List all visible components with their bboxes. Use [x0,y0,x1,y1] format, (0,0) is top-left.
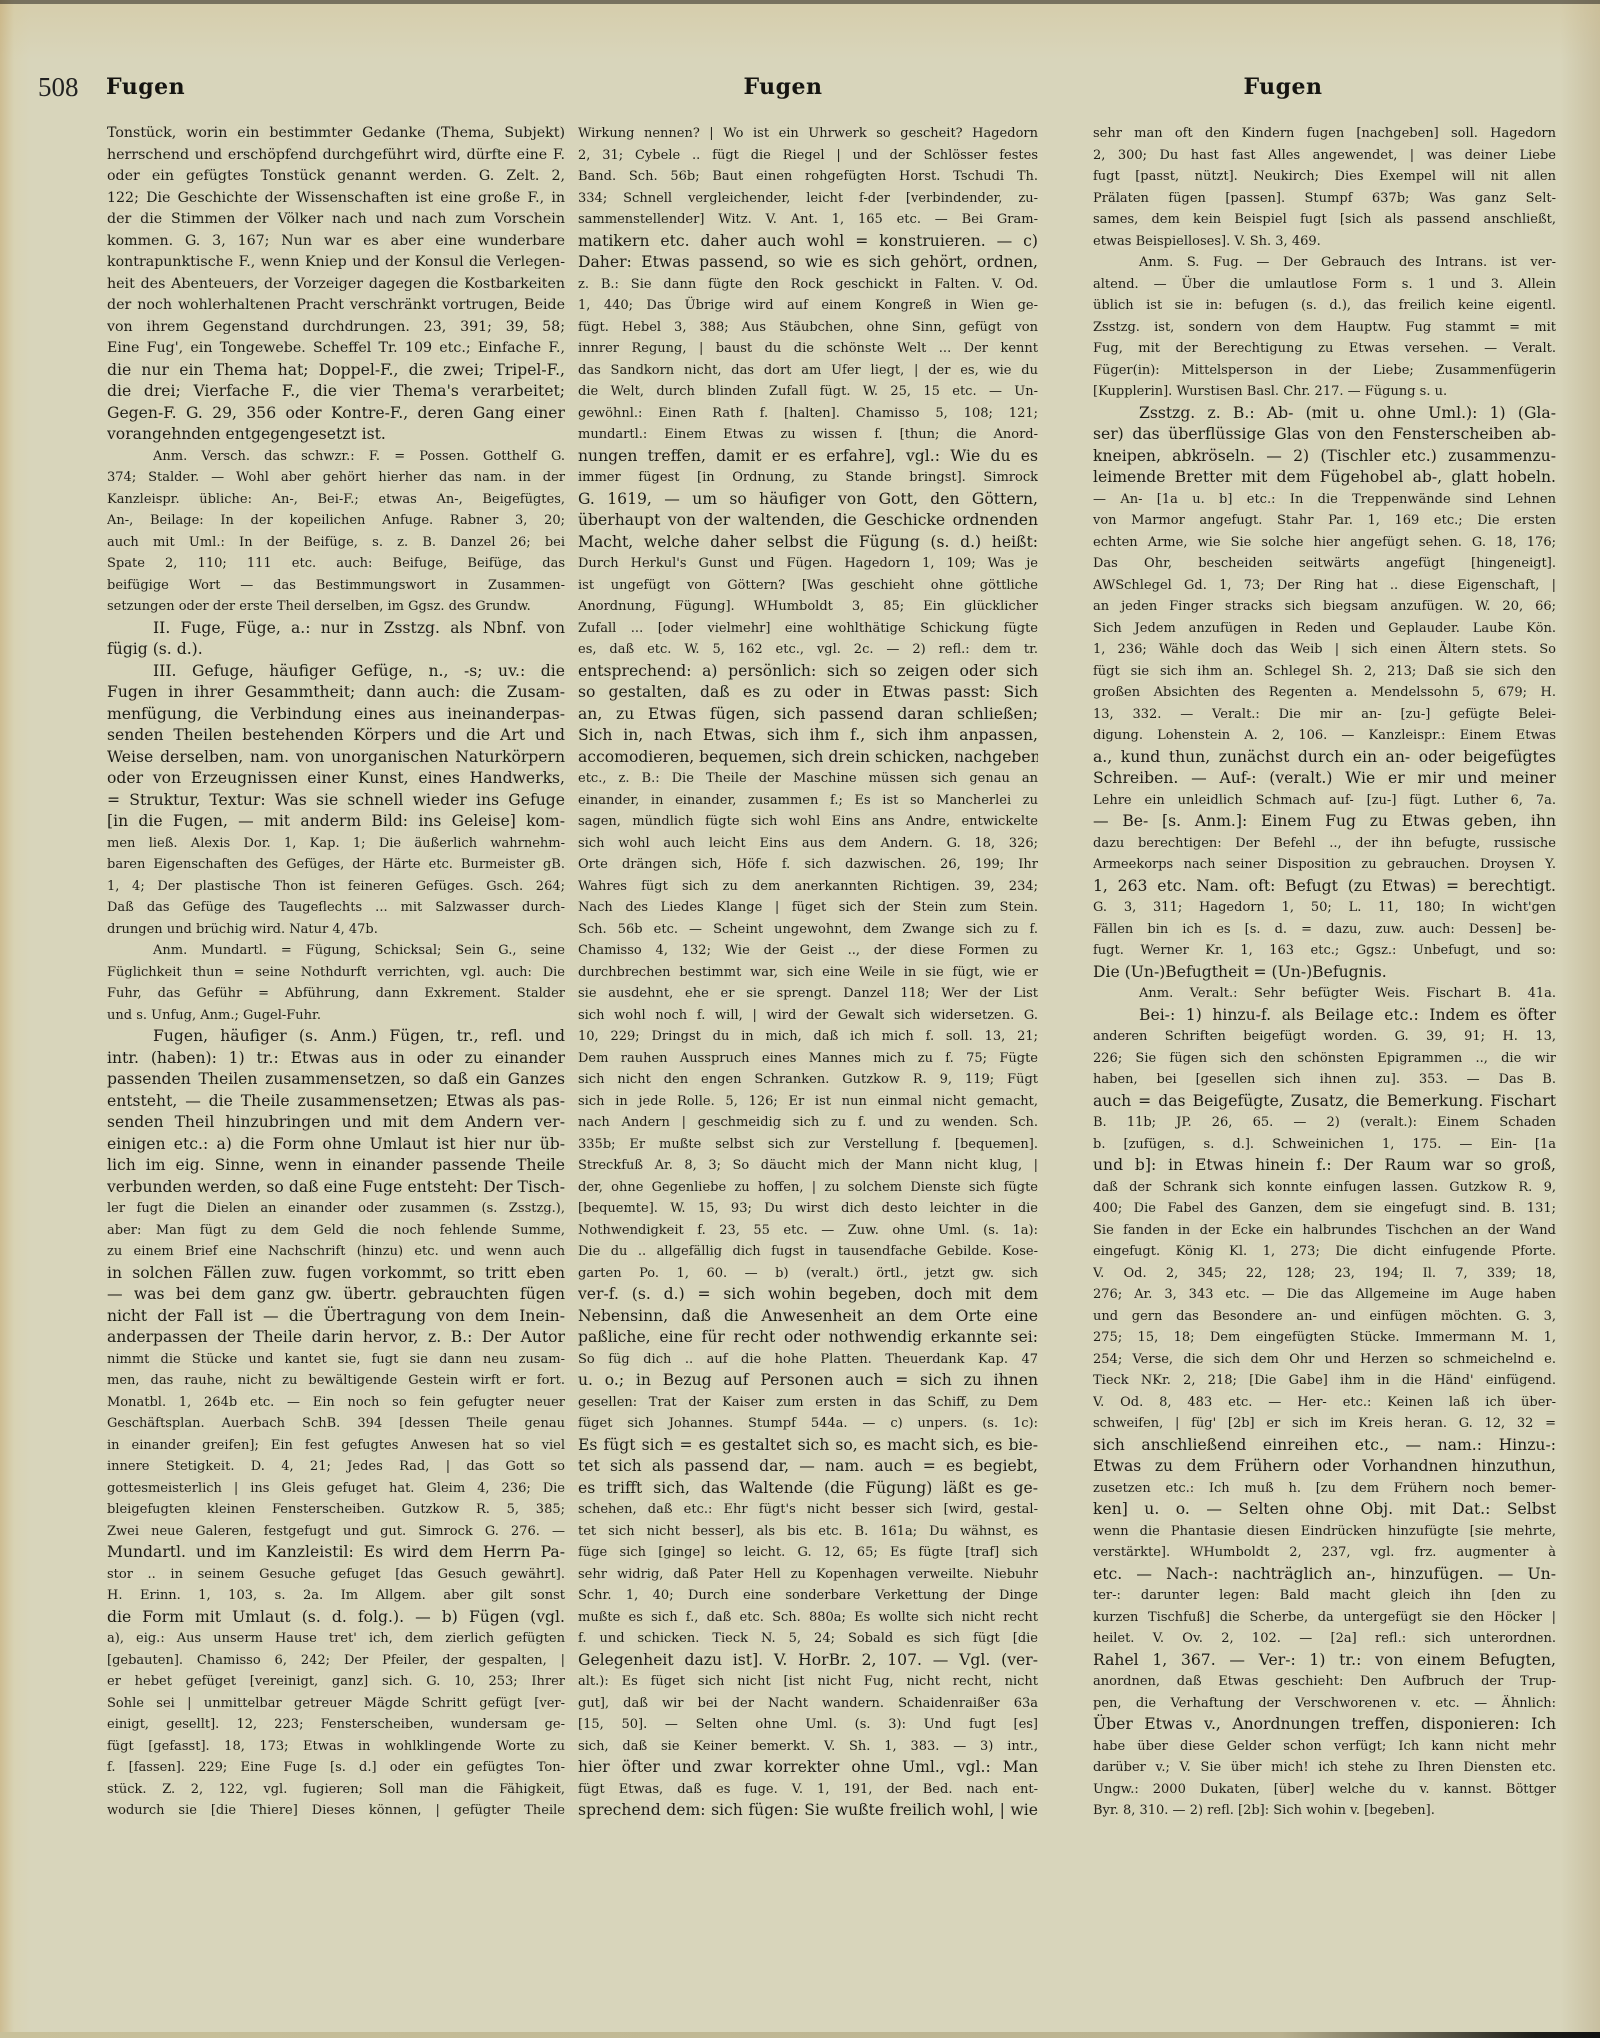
text-line: stor .. in seinem Gesuche gefuget [das G… [107,1564,565,1586]
text-line: V. Od. 8, 483 etc. — Her- etc.: Keinen l… [1093,1392,1556,1414]
text-line: in einander greifen]; Ein fest gefugtes … [107,1435,565,1457]
text-line: fügt. Hebel 3, 388; Aus Stäubchen, ohne … [578,317,1038,339]
running-head-right: Fugen [1243,74,1322,100]
text-line: altend. — Über die umlautlose Form s. 1 … [1093,274,1556,296]
text-line: entsprechend: a) persönlich: sich so zei… [578,661,1038,683]
text-line: men, das rauhe, nicht zu bewältigende Ge… [107,1370,565,1392]
text-line: zusetzen etc.: Ich muß h. [zu dem Früher… [1093,1478,1556,1500]
text-line: sich nicht den engen Schranken. Gutzkow … [578,1069,1038,1091]
text-line: Band. Sch. 56b; Baut einen rohgefügten H… [578,166,1038,188]
text-line: kurzen Tischfuß] die Scherbe, da unterge… [1093,1607,1556,1629]
text-line: sie ausdehnt, ehe er sie sprengt. Danzel… [578,983,1038,1005]
text-line: 1, 4; Der plastische Thon ist feineren G… [107,876,565,898]
text-line: [in die Fugen, — mit anderm Bild: ins Ge… [107,811,565,833]
text-line: ver-f. (s. d.) = sich wohin begeben, doc… [578,1284,1038,1306]
text-line: [bequemte]. W. 15, 93; Du wirst dich des… [578,1198,1038,1220]
text-line: oder von Erzeugnissen einer Kunst, eines… [107,768,565,790]
text-line: etc., z. B.: Die Theile der Maschine müs… [578,768,1038,790]
text-line: Nebensinn, daß die Anwesenheit an dem Or… [578,1306,1038,1328]
text-line: so gestalten, daß es zu oder in Etwas pa… [578,682,1038,704]
text-line: gesellen: Trat der Kaiser zum ersten in … [578,1392,1038,1414]
text-line: das Sandkorn nicht, das dort am Ufer lie… [578,360,1038,382]
text-line: der die Stimmen der Völker nach und nach… [107,209,565,231]
text-line: einigen etc.: a) die Form ohne Umlaut is… [107,1134,565,1156]
text-line: etc. — Nach-: nachträglich an-, hinzufüg… [1093,1564,1556,1586]
text-line: [Kupplerin]. Wurstisen Basl. Chr. 217. —… [1093,381,1556,403]
text-line: gottesmeisterlich | ins Gleis gefuget ha… [107,1478,565,1500]
text-line: paßliche, eine für recht oder nothwendig… [578,1327,1038,1349]
text-line: an, zu Etwas fügen, sich passend daran s… [578,704,1038,726]
text-line: kommen. G. 3, 167; Nun war es aber eine … [107,231,565,253]
dictionary-page: 508 Fugen Fugen Fugen Tonstück, worin ei… [0,0,1600,2038]
text-line: setzungen oder der erste Theil derselben… [107,596,565,618]
text-line: sames, dem kein Beispiel fugt [sich als … [1093,209,1556,231]
text-line: passenden Theilen zusammensetzen, so daß… [107,1069,565,1091]
text-line: und gern das Besondere an- und einfügen … [1093,1306,1556,1328]
text-line: Sch. 56b etc. — Scheint ungewohnt, dem Z… [578,919,1038,941]
text-line: [gebauten]. Chamisso 6, 242; Der Pfeiler… [107,1650,565,1672]
text-line: anderpassen der Theile darin hervor, z. … [107,1327,565,1349]
text-line: alt.): Es füget sich nicht [ist nicht Fu… [578,1671,1038,1693]
text-line: An-, Beilage: In der kopeilichen Anfuge.… [107,510,565,532]
text-line: Armeekorps nach seiner Disposition zu ge… [1093,854,1556,876]
text-line: sehr widrig, daß Pater Hell zu Kopenhage… [578,1564,1038,1586]
text-line: verstärkte]. WHumboldt 2, 237, vgl. frz.… [1093,1542,1556,1564]
text-line: Füglichkeit thun = seine Nothdurft verri… [107,962,565,984]
text-line: Prälaten fügen [passen]. Stumpf 637b; Wa… [1093,188,1556,210]
text-line: Geschäftsplan. Auerbach SchB. 394 [desse… [107,1413,565,1435]
text-line: überhaupt von der waltenden, die Geschic… [578,510,1038,532]
text-line: 226; Sie fügen sich den schönsten Epigra… [1093,1048,1556,1070]
text-line: nimmt die Stücke und kantet sie, fugt si… [107,1349,565,1371]
text-line: Daher: Etwas passend, so wie es sich geh… [578,252,1038,274]
text-line: Etwas zu dem Frühern oder Vorhandnen hin… [1093,1456,1556,1478]
text-line: sich in jede Rolle. 5, 126; Er ist nun e… [578,1091,1038,1113]
text-line: innere Stetigkeit. D. 4, 21; Jedes Rad, … [107,1456,565,1478]
text-line: Zufall ... [oder vielmehr] eine wohlthät… [578,618,1038,640]
text-line: die Form mit Umlaut (s. d. folg.). — b) … [107,1607,565,1629]
text-line: So füg dich .. auf die hohe Platten. The… [578,1349,1038,1371]
text-line: Rahel 1, 367. — Ver-: 1) tr.: von einem … [1093,1650,1556,1672]
text-line: sich anschließend einreihen etc., — nam.… [1093,1435,1556,1457]
text-line: füget sich Johannes. Stumpf 544a. — c) u… [578,1413,1038,1435]
text-line: nungen treffen, damit er es erfahre], vg… [578,446,1038,468]
text-line: sammenstellender] Witz. V. Ant. 1, 165 e… [578,209,1038,231]
text-line: senden Theilen bestehenden Körpers und d… [107,725,565,747]
text-line: echten Arme, wie Sie solche hier angefüg… [1093,532,1556,554]
text-line: 334; Schnell vergleichender, leicht f-de… [578,188,1038,210]
text-line: garten Po. 1, 60. — b) (veralt.) örtl., … [578,1263,1038,1285]
text-line: gewöhnl.: Einen Rath f. [halten]. Chamis… [578,403,1038,425]
text-line: in solchen Fällen zuw. fugen vorkommt, s… [107,1263,565,1285]
text-line: Tieck NKr. 2, 218; [Die Gabe] ihm in die… [1093,1370,1556,1392]
text-line: G. 3, 311; Hagedorn 1, 50; L. 11, 180; I… [1093,897,1556,919]
text-line: — was bei dem ganz gw. übertr. gebraucht… [107,1284,565,1306]
text-line: Sohle sei | unmittelbar getreuer Mägde S… [107,1693,565,1715]
text-line: fugt. Werner Kr. 1, 163 etc.; Ggsz.: Unb… [1093,940,1556,962]
text-line: baren Eigenschaften des Gefüges, der Här… [107,854,565,876]
text-line: 335b; Er mußte selbst sich zur Verstellu… [578,1134,1038,1156]
text-line: immer fügest [in Ordnung, zu Stande brin… [578,467,1038,489]
text-line: Spate 2, 110; 111 etc. auch: Beifuge, Be… [107,553,565,575]
text-line: digung. Lohenstein A. 2, 106. — Kanzleis… [1093,725,1556,747]
text-line: aber: Man fügt zu dem Geld die noch fehl… [107,1220,565,1242]
text-line: 122; Die Geschichte der Wissenschaften i… [107,188,565,210]
text-line: f. und schicken. Tieck N. 5, 24; Sobald … [578,1628,1038,1650]
text-line: zu einem Brief eine Nachschrift (hinzu) … [107,1241,565,1263]
text-line: einigt, gesellt]. 12, 223; Fensterscheib… [107,1714,565,1736]
text-line: 254; Verse, die sich dem Ohr und Herzen … [1093,1349,1556,1371]
text-line: dazu berechtigen: Der Befehl .., der ihn… [1093,833,1556,855]
text-line: Gelegenheit dazu ist]. V. HorBr. 2, 107.… [578,1650,1038,1672]
text-line: intr. (haben): 1) tr.: Etwas aus in oder… [107,1048,565,1070]
text-line: herrschend und erschöpfend durchgeführt … [107,145,565,167]
text-line: 400; Die Fabel des Ganzen, dem sie einge… [1093,1198,1556,1220]
text-line: Nach des Liedes Klange | füget sich der … [578,897,1038,919]
text-line: Sie fanden in der Ecke ein halbrundes Ti… [1093,1220,1556,1242]
text-line: lich im eig. Sinne, wenn in einander pas… [107,1155,565,1177]
text-line: Weise derselben, nam. von unorganischen … [107,747,565,769]
text-line: tet sich als passend dar, — nam. auch = … [578,1456,1038,1478]
text-line: B. 11b; JP. 26, 65. — 2) (veralt.): Eine… [1093,1112,1556,1134]
text-line: anderen Schriften beigefügt worden. G. 3… [1093,1026,1556,1048]
text-column-right: sehr man oft den Kindern fugen [nachgebe… [1093,123,1556,1822]
text-line: 2, 300; Du hast fast Alles angewendet, |… [1093,145,1556,167]
text-line: ler fugt die Dielen an einander oder zus… [107,1198,565,1220]
text-line: 276; Ar. 3, 343 etc. — Die das Allgemein… [1093,1284,1556,1306]
text-line: Dem rauhen Ausspruch eines Mannes mich z… [578,1048,1038,1070]
text-line: ter-: darunter legen: Bald macht gleich … [1093,1585,1556,1607]
text-line: nach Andern | geschmeidig sich zu f. und… [578,1112,1038,1134]
text-line: vorangehnden entgegengesetzt ist. [107,424,565,446]
text-line: II. Fuge, Füge, a.: nur in Zsstzg. als N… [107,618,565,640]
text-line: und s. Unfug, Anm.; Gugel-Fuhr. [107,1005,565,1027]
text-line: schehen, daß etc.: Ehr fügt's nicht bess… [578,1499,1038,1521]
text-line: fügig (s. d.). [107,639,565,661]
running-head-center: Fugen [743,74,822,100]
text-line: einander, in einander, zusammen f.; Es i… [578,790,1038,812]
text-line: Zsstzg. ist, sondern von dem Hauptw. Fug… [1093,317,1556,339]
text-line: Tonstück, worin ein bestimmter Gedanke (… [107,123,565,145]
text-line: ist ungefügt von Göttern? [Was geschieht… [578,575,1038,597]
text-line: es, daß etc. W. 5, 162 etc., vgl. 2c. — … [578,639,1038,661]
text-line: Orte drängen sich, Höfe f. sich dazwisch… [578,854,1038,876]
text-line: schweifen, | füg' [2b] er sich im Kreis … [1093,1413,1556,1435]
text-line: Kanzleispr. übliche: An-, Bei-F.; etwas … [107,489,565,511]
text-line: sich, daß sie Keiner bemerkt. V. Sh. 1, … [578,1736,1038,1758]
running-head: 508 Fugen Fugen Fugen [0,72,1600,112]
page-number: 508 [38,72,79,103]
text-line: an jeden Finger stracks sich biegsam anz… [1093,596,1556,618]
text-line: f. [fassen]. 229; Eine Fuge [s. d.] oder… [107,1757,565,1779]
text-line: Bei-: 1) hinzu-f. als Beilage etc.: Inde… [1093,1005,1556,1027]
text-line: G. 1619, — um so häufiger von Gott, den … [578,489,1038,511]
page-bottom-edge [0,2032,1600,2038]
text-line: die Welt, durch blinden Zufall fügt. W. … [578,381,1038,403]
text-line: auch mit Uml.: In der Beifüge, s. z. B. … [107,532,565,554]
text-line: etwas Beispielloses]. V. Sh. 3, 469. [1093,231,1556,253]
text-line: leimende Bretter mit dem Fügehobel ab-, … [1093,467,1556,489]
text-line: der, ohne Gegenliebe zu hoffen, | zu sol… [578,1177,1038,1199]
text-line: oder ein gefügtes Tonstück genannt werde… [107,166,565,188]
text-line: menfügung, die Verbindung eines aus inei… [107,704,565,726]
text-line: Nothwendigkeit f. 23, 55 etc. — Zuw. ohn… [578,1220,1038,1242]
text-line: 374; Stalder. — Wohl aber gehört hierher… [107,467,565,489]
text-line: Fugen, häufiger (s. Anm.) Fügen, tr., re… [107,1026,565,1048]
text-line: eingefugt. König Kl. 1, 273; Die dicht e… [1093,1241,1556,1263]
text-line: bleigefugten kleinen Fensterscheiben. Gu… [107,1499,565,1521]
text-line: gut], daß wir bei der Nacht wandern. Sch… [578,1693,1038,1715]
text-line: 1, 263 etc. Nam. oft: Befugt (zu Etwas) … [1093,876,1556,898]
text-line: Wahres fügt sich zu dem anerkannten Rich… [578,876,1038,898]
text-line: sagen, mündlich fügte sich wohl Eins ans… [578,811,1038,833]
text-line: = Struktur, Textur: Was sie schnell wied… [107,790,565,812]
text-line: habe über diese Gelder schon verfügt; Ic… [1093,1736,1556,1758]
text-line: Chamisso 4, 132; Wie der Geist .., der d… [578,940,1038,962]
text-line: Mundartl. und im Kanzleistil: Es wird de… [107,1542,565,1564]
text-line: sehr man oft den Kindern fugen [nachgebe… [1093,123,1556,145]
text-line: sich wohl auch leicht Eins aus dem Ander… [578,833,1038,855]
text-line: Füger(in): Mittelsperson in der Liebe; Z… [1093,360,1556,382]
text-line: daß der Schrank sich konnte einfugen las… [1093,1177,1556,1199]
text-line: Sich in, nach Etwas, sich ihm f., sich i… [578,725,1038,747]
text-line: men ließ. Alexis Dor. 1, Kap. 1; Die äuß… [107,833,565,855]
text-line: Byr. 8, 310. — 2) refl. [2b]: Sich wohin… [1093,1800,1556,1822]
text-line: Macht, welche daher selbst die Fügung (s… [578,532,1038,554]
text-line: accomodieren, bequemen, sich drein schic… [578,747,1038,769]
text-line: Über Etwas v., Anordnungen treffen, disp… [1093,1714,1556,1736]
text-line: Anm. Mundartl. = Fügung, Schicksal; Sein… [107,940,565,962]
text-line: z. B.: Sie dann fügte den Rock geschickt… [578,274,1038,296]
text-line: Fug, mit der Berechtigung zu Etwas verse… [1093,338,1556,360]
text-line: Schr. 1, 40; Durch eine sonderbare Verke… [578,1585,1038,1607]
text-line: füge sich [ginge] so leicht. G. 12, 65; … [578,1542,1038,1564]
text-line: V. Od. 2, 345; 22, 128; 23, 194; Il. 7, … [1093,1263,1556,1285]
text-line: fugt [passt, nützt]. Neukirch; Dies Exem… [1093,166,1556,188]
text-line: Das Ohr, bescheiden seitwärts angefügt [… [1093,553,1556,575]
text-line: von Marmor angefugt. Stahr Par. 1, 169 e… [1093,510,1556,532]
text-line: — An- [1a u. b] etc.: In die Treppenwänd… [1093,489,1556,511]
text-line: heilet. V. Ov. 2, 102. — [2a] refl.: sic… [1093,1628,1556,1650]
text-line: Anm. S. Fug. — Der Gebrauch des Intrans.… [1093,252,1556,274]
text-line: tet sich nicht besser], als bis etc. B. … [578,1521,1038,1543]
text-line: Es fügt sich = es gestaltet sich so, es … [578,1435,1038,1457]
text-line: fügt [gefasst]. 18, 173; Etwas in wohlkl… [107,1736,565,1758]
text-line: 1, 236; Wähle doch das Weib | sich einen… [1093,639,1556,661]
text-line: von ihrem Gegenstand durchdrungen. 23, 3… [107,317,565,339]
text-line: wenn die Phantasie diesen Eindrücken hin… [1093,1521,1556,1543]
text-line: 1, 440; Das Übrige wird auf einem Kongre… [578,295,1038,317]
text-line: Anm. Veralt.: Sehr befügter Weis. Fischa… [1093,983,1556,1005]
text-line: entsteht, — die Theile zusammensetzen; E… [107,1091,565,1113]
text-line: senden Theil hinzubringen und mit dem An… [107,1112,565,1134]
text-line: Monatbl. 1, 264b etc. — Ein noch so fein… [107,1392,565,1414]
text-line: innrer Regung, | baust du die schönste W… [578,338,1038,360]
text-line: 2, 31; Cybele .. fügt die Riegel | und d… [578,145,1038,167]
text-line: Gegen-F. G. 29, 356 oder Kontre-F., dere… [107,403,565,425]
text-line: Streckfuß Ar. 8, 3; So däucht mich der M… [578,1155,1038,1177]
text-line: er hebet gefüget [vereinigt, ganz] sich.… [107,1671,565,1693]
text-line: Durch Herkul's Gunst und Fügen. Hagedorn… [578,553,1038,575]
text-line: es trifft sich, das Waltende (die Fügung… [578,1478,1038,1500]
text-line: sich wohl noch f. will, | wird der Gewal… [578,1005,1038,1027]
text-line: hier öfter und zwar korrekter ohne Uml.,… [578,1757,1038,1779]
text-line: AWSchlegel Gd. 1, 73; Der Ring hat .. di… [1093,575,1556,597]
text-line: Die (Un-)Befugtheit = (Un-)Befugnis. [1093,962,1556,984]
text-line: sprechend dem: sich fügen: Sie wußte fre… [578,1800,1038,1822]
text-line: Lehre ein unleidlich Schmach auf- [zu-] … [1093,790,1556,812]
text-line: ken] u. o. — Selten ohne Obj. mit Dat.: … [1093,1499,1556,1521]
text-line: anordnen, daß Etwas geschieht: Den Aufbr… [1093,1671,1556,1693]
text-line: ser) das überflüssige Glas von den Fenst… [1093,424,1556,446]
text-line: kontrapunktische F., wenn Kniep und der … [107,252,565,274]
text-line: matikern etc. daher auch wohl = konstrui… [578,231,1038,253]
text-line: heit des Abenteuers, der Vorzeiger dageg… [107,274,565,296]
text-line: u. o.; in Bezug auf Personen auch = sich… [578,1370,1038,1392]
text-line: auch = das Beigefügte, Zusatz, die Bemer… [1093,1091,1556,1113]
text-line: mundartl.: Einem Etwas zu wissen f. [thu… [578,424,1038,446]
text-line: die nur ein Thema hat; Doppel-F., die zw… [107,360,565,382]
text-line: beifügige Wort — das Bestimmungswort in … [107,575,565,597]
text-line: Schreiben. — Auf-: (veralt.) Wie er mir … [1093,768,1556,790]
text-line: kneipen, abkröseln. — 2) (Tischler etc.)… [1093,446,1556,468]
text-line: Eine Fug', ein Tongewebe. Scheffel Tr. 1… [107,338,565,360]
text-line: fügt Etwas, daß es fuge. V. 1, 191, der … [578,1779,1038,1801]
text-line: Wirkung nennen? | Wo ist ein Uhrwerk so … [578,123,1038,145]
text-line: fügt sie sich ihm an. Schlegel Sh. 2, 21… [1093,661,1556,683]
text-line: — Be- [s. Anm.]: Einem Fug zu Etwas gebe… [1093,811,1556,833]
text-line: a., kund thun, zunächst durch ein an- od… [1093,747,1556,769]
text-line: die drei; Vierfache F., die vier Thema's… [107,381,565,403]
text-line: III. Gefuge, häufiger Gefüge, n., -s; uv… [107,661,565,683]
text-line: und b]: in Etwas hinein f.: Der Raum war… [1093,1155,1556,1177]
text-line: üblich ist sie in: befugen (s. d.), das … [1093,295,1556,317]
text-line: Zsstzg. z. B.: Ab- (mit u. ohne Uml.): 1… [1093,403,1556,425]
text-line: wodurch sie [die Thiere] Dieses können, … [107,1800,565,1822]
running-head-left: Fugen [106,74,185,100]
text-line: großen Absichten des Regenten a. Mendels… [1093,682,1556,704]
text-line: a), eig.: Aus unserm Hause tret' ich, de… [107,1628,565,1650]
text-line: mußte es sich f., daß etc. Sch. 880a; Es… [578,1607,1038,1629]
text-line: durchbrechen bestimmt war, sich eine Wei… [578,962,1038,984]
text-line: 275; 15, 18; Dem eingefügten Stücke. Imm… [1093,1327,1556,1349]
text-line: H. Erinn. 1, 103, s. 2a. Im Allgem. aber… [107,1585,565,1607]
text-column-middle: Wirkung nennen? | Wo ist ein Uhrwerk so … [578,123,1038,1822]
text-line: b. [zufügen, s. d.]. Schweinichen 1, 175… [1093,1134,1556,1156]
text-line: Ungw.: 2000 Dukaten, [über] welche du v.… [1093,1779,1556,1801]
text-line: pen, die Verhaftung der Verschworenen v.… [1093,1693,1556,1715]
text-line: der noch wohlerhaltenen Pracht verschrän… [107,295,565,317]
text-line: 13, 332. — Veralt.: Die mir an- [zu-] ge… [1093,704,1556,726]
text-line: Fugen in ihrer Gesammtheit; dann auch: d… [107,682,565,704]
text-line: drungen und brüchig wird. Natur 4, 47b. [107,919,565,941]
text-line: haben, bei [gesellen sich ihnen zu]. 353… [1093,1069,1556,1091]
text-line: nicht der Fall ist — die Übertragung von… [107,1306,565,1328]
text-line: stück. Z. 2, 122, vgl. fugieren; Soll ma… [107,1779,565,1801]
text-line: Daß das Gefüge des Taugeflechts ... mit … [107,897,565,919]
text-column-left: Tonstück, worin ein bestimmter Gedanke (… [107,123,565,1822]
text-line: [15, 50]. — Selten ohne Uml. (s. 3): Und… [578,1714,1038,1736]
page-top-edge [0,0,1600,4]
text-line: Anordnung, Fügung]. WHumboldt 3, 85; Ein… [578,596,1038,618]
text-line: verbunden werden, so daß eine Fuge entst… [107,1177,565,1199]
text-line: darüber v.; V. Sie über mich! ich stehe … [1093,1757,1556,1779]
text-line: 10, 229; Dringst du in mich, daß ich mic… [578,1026,1038,1048]
text-line: Die du .. allgefällig dich fugst in taus… [578,1241,1038,1263]
text-line: Anm. Versch. das schwzr.: F. = Possen. G… [107,446,565,468]
text-line: Fuhr, das Geführ = Abführung, dann Exkre… [107,983,565,1005]
text-line: Fällen bin ich es [s. d. = dazu, zuw. au… [1093,919,1556,941]
text-line: Sich Jedem anzufügen in Reden und Geplau… [1093,618,1556,640]
text-line: Zwei neue Galeren, festgefugt und gut. S… [107,1521,565,1543]
